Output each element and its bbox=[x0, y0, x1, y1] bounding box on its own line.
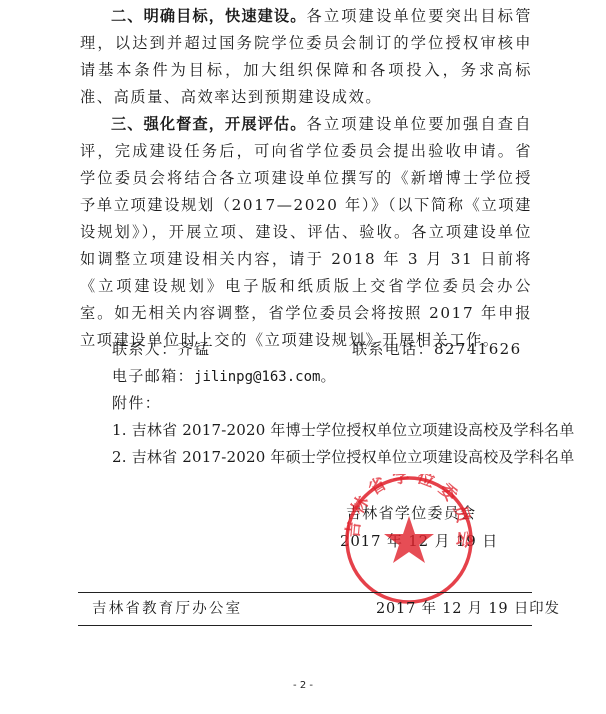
signature-date: 2017 年 12 月 19 日 bbox=[340, 528, 498, 555]
footer-top-rule bbox=[78, 592, 532, 593]
section-2-paragraph: 二、明确目标，快速建设。各立项建设单位要突出目标管理，以达到并超过国务院学位委员… bbox=[80, 3, 532, 111]
contact-phone-value: 82741626 bbox=[434, 340, 522, 358]
page-number: - 2 - bbox=[0, 680, 606, 691]
contact-email-label: 电子邮箱： bbox=[112, 367, 194, 385]
footer-issuer: 吉林省教育厅办公室 bbox=[92, 596, 242, 622]
section-3-heading: 三、强化督查，开展评估。 bbox=[111, 115, 307, 133]
contact-person-label: 联系人： bbox=[112, 340, 178, 358]
contact-phone: 联系电话：82741626 bbox=[352, 336, 522, 363]
section-3-body: 各立项建设单位要加强自查自评，完成建设任务后，可向省学位委员会提出验收申请。省学… bbox=[80, 115, 532, 349]
contact-email-value: jilinpg@163.com bbox=[194, 369, 320, 385]
signature-organization: 吉林省学位委员会 bbox=[346, 500, 476, 527]
section-2-heading: 二、明确目标，快速建设。 bbox=[111, 7, 307, 25]
contact-person-value: 齐锰 bbox=[178, 340, 211, 358]
contact-email: 电子邮箱：jilinpg@163.com。 bbox=[112, 363, 337, 391]
footer-issue-date: 2017 年 12 月 19 日印发 bbox=[376, 596, 560, 622]
section-3-paragraph: 三、强化督查，开展评估。各立项建设单位要加强自查自评，完成建设任务后，可向省学位… bbox=[80, 111, 532, 354]
contact-email-suffix: 。 bbox=[320, 367, 336, 385]
contact-person: 联系人：齐锰 bbox=[112, 336, 210, 363]
footer-bottom-rule bbox=[78, 625, 532, 626]
document-page: 二、明确目标，快速建设。各立项建设单位要突出目标管理，以达到并超过国务院学位委员… bbox=[0, 0, 606, 714]
attachment-item-2: 2. 吉林省 2017-2020 年硕士学位授权单位立项建设高校及学科名单 bbox=[112, 444, 574, 471]
contact-phone-label: 联系电话： bbox=[352, 340, 434, 358]
attachments-label: 附件： bbox=[112, 390, 161, 417]
attachment-item-1: 1. 吉林省 2017-2020 年博士学位授权单位立项建设高校及学科名单 bbox=[112, 417, 574, 444]
